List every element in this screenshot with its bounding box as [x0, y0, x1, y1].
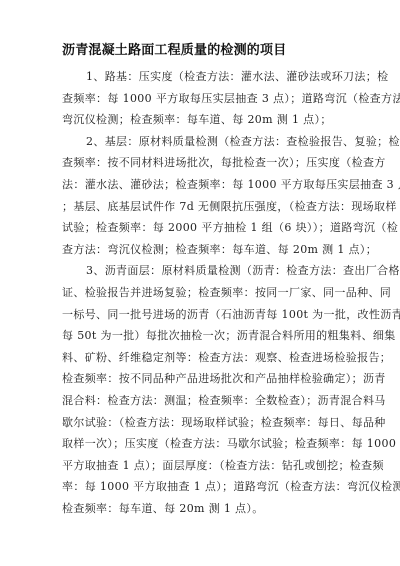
paragraph-line: 料、矿粉、纤维稳定剂等：检查方法：观察、检查进场检验报告； [62, 347, 342, 369]
paragraph-line: 查频率：按不同材料进场批次，每批检查一次）；压实度（检查方 [62, 152, 342, 174]
paragraph-line: 歇尔试验：（检查方法：现场取样试验；检查频率：每日、每品种 [62, 412, 342, 434]
paragraph-line: 3、沥青面层：原材料质量检测（沥青：检查方法：查出厂合格 [62, 260, 342, 282]
document-title: 沥青混凝土路面工程质量的检测的项目 [62, 41, 342, 61]
paragraph-line: 弯沉仪检测；检查频率：每车道、每 20m 测 1 点）； [62, 109, 342, 131]
paragraph-line: 率：每 1000 平方取抽查 1 点）；道路弯沉（检查方法：弯沉仪检测； [62, 476, 342, 498]
paragraph-line: 一标号、同一批号进场的沥青（石油沥青每 100t 为一批，改性沥青 [62, 304, 342, 326]
paragraph-line: 查频率：每 1000 平方取每压实层抽查 3 点）；道路弯沉（检查方法： [62, 88, 342, 110]
paragraph-line: 查方法：弯沉仪检测；检查频率：每车道、每 20m 测 1 点）； [62, 239, 342, 261]
paragraph-line: 1、路基：压实度（检查方法：灌水法、灌砂法或环刀法；检 [62, 66, 342, 88]
paragraph-line: 检查频率：每车道、每 20m 测 1 点）。 [62, 498, 342, 520]
paragraph-line: 每 50t 为一批）每批次抽检一次；沥青混合料所用的粗集料、细集 [62, 325, 342, 347]
paragraph-line: 平方取抽查 1 点）；面层厚度：（检查方法：钻孔或刨挖；检查频 [62, 455, 342, 477]
paragraph-line: 证、检验报告并进场复验；检查频率：按同一厂家、同一品种、同 [62, 282, 342, 304]
paragraph-line: 试验；检查频率：每 2000 平方抽检 1 组（6 块））；道路弯沉（检 [62, 217, 342, 239]
document-page: 沥青混凝土路面工程质量的检测的项目 1、路基：压实度（检查方法：灌水法、灌砂法或… [62, 41, 342, 519]
paragraph-line: ；基层、底基层试件作 7d 无侧限抗压强度，（检查方法：现场取样 [62, 196, 342, 218]
paragraph-line: 检查频率：按不同品种产品进场批次和产品抽样检验确定）；沥青 [62, 368, 342, 390]
paragraph-line: 混合料：检查方法：测温；检查频率：全数检查）；沥青混合料马 [62, 390, 342, 412]
paragraph-line: 2、基层：原材料质量检测（检查方法：查检验报告、复验；检 [62, 131, 342, 153]
paragraph-line: 法：灌水法、灌砂法；检查频率：每 1000 平方取每压实层抽查 3 点） [62, 174, 342, 196]
paragraph-line: 取样一次）；压实度（检查方法：马歇尔试验；检查频率：每 1000 [62, 433, 342, 455]
